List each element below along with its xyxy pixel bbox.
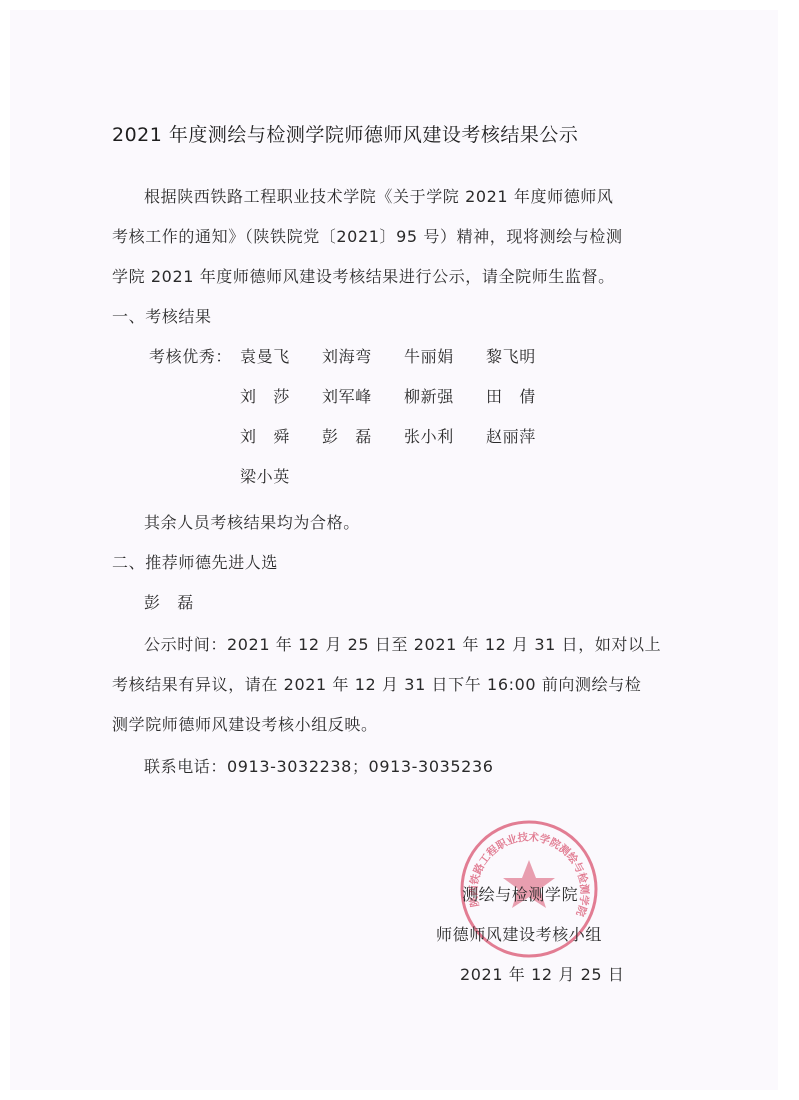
excellent-name: 彭 磊 [322, 424, 372, 447]
contact-phone: 联系电话：0913-3032238；0913-3035236 [144, 754, 494, 777]
excellent-name: 柳新强 [404, 384, 454, 407]
signature-date: 2021 年 12 月 25 日 [460, 962, 624, 985]
excellent-name: 牛丽娟 [404, 344, 454, 367]
signature-org-line1: 测绘与检测学院 [462, 882, 578, 905]
excellent-name: 黎飞明 [486, 344, 536, 367]
section1-heading: 一、考核结果 [112, 304, 212, 327]
intro-line-2: 考核工作的通知》（陕铁院党〔2021〕95 号）精神，现将测绘与检测 [112, 224, 623, 247]
intro-line-1: 根据陕西铁路工程职业技术学院《关于学院 2021 年度师德师风 [144, 184, 614, 207]
excellent-label: 考核优秀： [149, 344, 232, 367]
excellent-name: 刘 舜 [240, 424, 290, 447]
others-qualified-note: 其余人员考核结果均为合格。 [144, 510, 360, 533]
excellent-name: 张小利 [404, 424, 454, 447]
notice-line-2: 考核结果有异议，请在 2021 年 12 月 31 日下午 16:00 前向测绘… [112, 672, 641, 695]
notice-line-3: 测学院师德师风建设考核小组反映。 [112, 712, 378, 735]
document-title: 2021 年度测绘与检测学院师德师风建设考核结果公示 [112, 120, 578, 147]
section2-heading: 二、推荐师德先进人选 [112, 550, 278, 573]
excellent-name: 刘 莎 [240, 384, 290, 407]
excellent-name: 刘海弯 [322, 344, 372, 367]
excellent-name: 田 倩 [486, 384, 536, 407]
excellent-name: 梁小英 [240, 464, 290, 487]
recommended-name: 彭 磊 [144, 590, 194, 613]
excellent-name: 刘军峰 [322, 384, 372, 407]
notice-line-1: 公示时间：2021 年 12 月 25 日至 2021 年 12 月 31 日，… [144, 632, 661, 655]
intro-line-3: 学院 2021 年度师德师风建设考核结果进行公示，请全院师生监督。 [112, 264, 615, 287]
excellent-name: 赵丽萍 [486, 424, 536, 447]
excellent-name: 袁曼飞 [240, 344, 290, 367]
signature-org-line2: 师德师风建设考核小组 [436, 922, 602, 945]
